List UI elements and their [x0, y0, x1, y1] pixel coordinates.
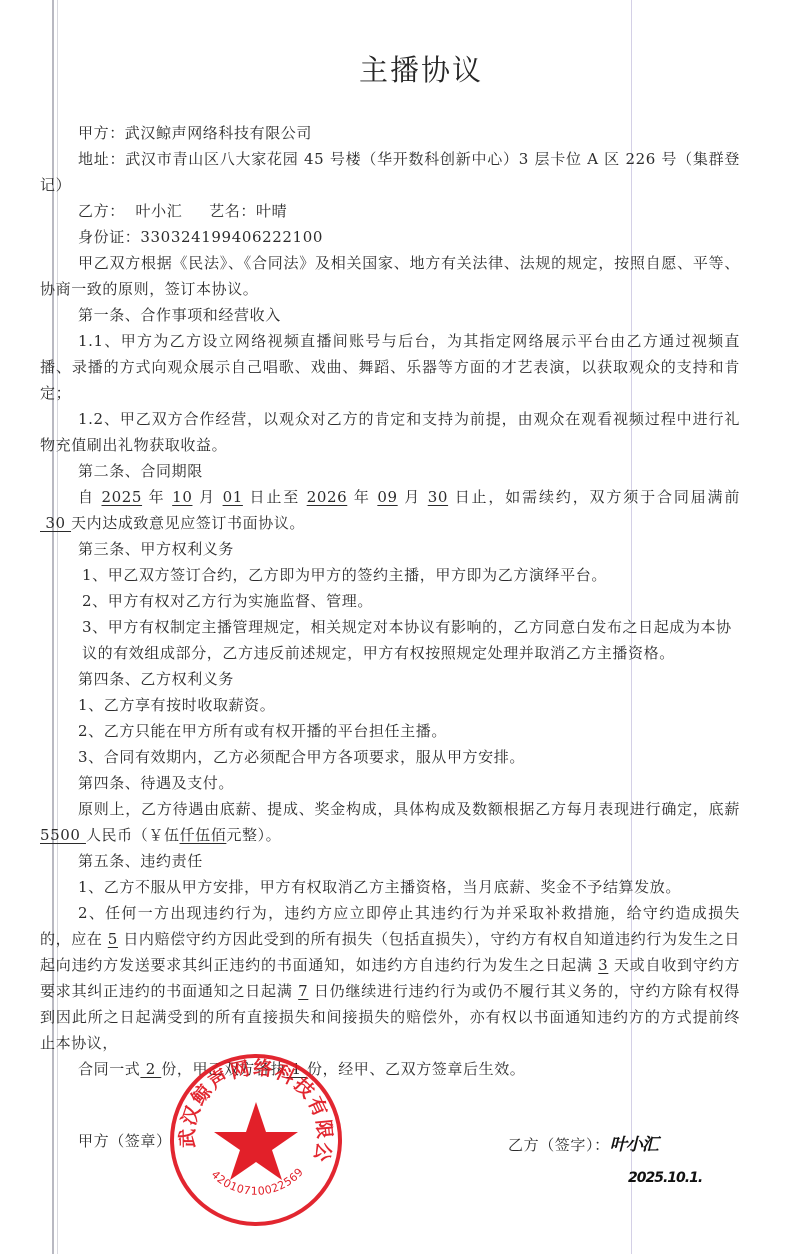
article-4b-heading: 第四条、待遇及支付。 — [40, 770, 740, 796]
party-b-sign-label: 乙方（签字）： — [508, 1136, 610, 1154]
party-b-handwritten-signature: 叶小汇 — [610, 1135, 658, 1155]
end-day: 30 — [428, 488, 448, 506]
article-3-item: 1、甲乙双方签订合约，乙方即为甲方的签约主播，甲方即为乙方演绎平台。 — [40, 562, 740, 588]
article-4-heading: 第四条、乙方权利义务 — [40, 666, 740, 692]
handwritten-date: 2025.10.1. — [628, 1170, 702, 1186]
article-4-item: 1、乙方享有按时收取薪资。 — [40, 692, 740, 718]
article-1-item: 1.2、甲乙双方合作经营，以观众对乙方的肯定和支持为前提，由观众在观看视频过程中… — [40, 406, 740, 458]
article-5-item: 2、任何一方出现违约行为，违约方应立即停止其违约行为并采取补救措施，给守约造成损… — [40, 900, 740, 1056]
end-year: 2026 — [307, 488, 348, 506]
compensation-days: 5 — [108, 930, 118, 948]
article-5-heading: 第五条、违约责任 — [40, 848, 740, 874]
compensation: 原则上，乙方待遇由底薪、提成、奖金构成，具体构成及数额根据乙方每月表现进行确定，… — [40, 796, 740, 848]
copies-clause: 合同一式 2 份，甲乙双方各执 1 份，经甲、乙双方签章后生效。 — [40, 1056, 740, 1082]
article-4-item: 3、合同有效期内，乙方必须配合甲方各项要求，服从甲方安排。 — [40, 744, 740, 770]
article-5-item: 1、乙方不服从甲方安排，甲方有权取消乙方主播资格，当月底薪、奖金不予结算发放。 — [40, 874, 740, 900]
document-body: 甲方：武汉鲸声网络科技有限公司 地址：武汉市青山区八大家花园 45 号楼（华开数… — [40, 120, 740, 1082]
cure-days: 3 — [598, 956, 608, 974]
end-month: 09 — [377, 488, 397, 506]
article-1-item: 1.1、甲方为乙方设立网络视频直播间账号与后台，为其指定网络展示平台由乙方通过视… — [40, 328, 740, 406]
article-2-heading: 第二条、合同期限 — [40, 458, 740, 484]
copies-count: 2 — [140, 1060, 161, 1078]
salary-words: 仟伍佰 — [180, 826, 227, 844]
svg-text:42010710022569: 42010710022569 — [209, 1165, 307, 1197]
notice-cure-days: 7 — [298, 982, 308, 1000]
start-day: 01 — [223, 488, 243, 506]
party-a-seal-label: 甲方（签章） — [78, 1130, 172, 1151]
company-seal-stamp: 武汉鲸声网络科技有限公司 42010710022569 — [168, 1052, 344, 1228]
start-month: 10 — [172, 488, 192, 506]
article-3-item: 2、甲方有权对乙方行为实施监督、管理。 — [40, 588, 740, 614]
party-b: 乙方： 叶小汇 艺名：叶晴 — [40, 198, 740, 224]
contract-term: 自 2025 年 10 月 01 日止至 2026 年 09 月 30 日止，如… — [40, 484, 740, 536]
article-3-item: 3、甲方有权制定主播管理规定，相关规定对本协议有影响的，乙方同意白发布之日起成为… — [40, 614, 740, 666]
article-3-heading: 第三条、甲方权利义务 — [40, 536, 740, 562]
preamble: 甲乙双方根据《民法》、《合同法》及相关国家、地方有关法律、法规的规定，按照自愿、… — [40, 250, 740, 302]
party-a: 甲方：武汉鲸声网络科技有限公司 — [40, 120, 740, 146]
base-salary: 5500 — [40, 826, 86, 844]
address: 地址：武汉市青山区八大家花园 45 号楼（华开数科创新中心）3 层卡位 A 区 … — [40, 146, 740, 198]
notice-days: 30 — [40, 514, 71, 532]
id-card: 身份证：330324199406222100 — [40, 224, 740, 250]
article-1-heading: 第一条、合作事项和经营收入 — [40, 302, 740, 328]
star-icon — [214, 1102, 298, 1180]
article-4-item: 2、乙方只能在甲方所有或有权开播的平台担任主播。 — [40, 718, 740, 744]
party-b-signature-line: 乙方（签字）：叶小汇 — [508, 1130, 658, 1155]
document-title: 主播协议 — [0, 48, 792, 89]
start-year: 2025 — [101, 488, 142, 506]
